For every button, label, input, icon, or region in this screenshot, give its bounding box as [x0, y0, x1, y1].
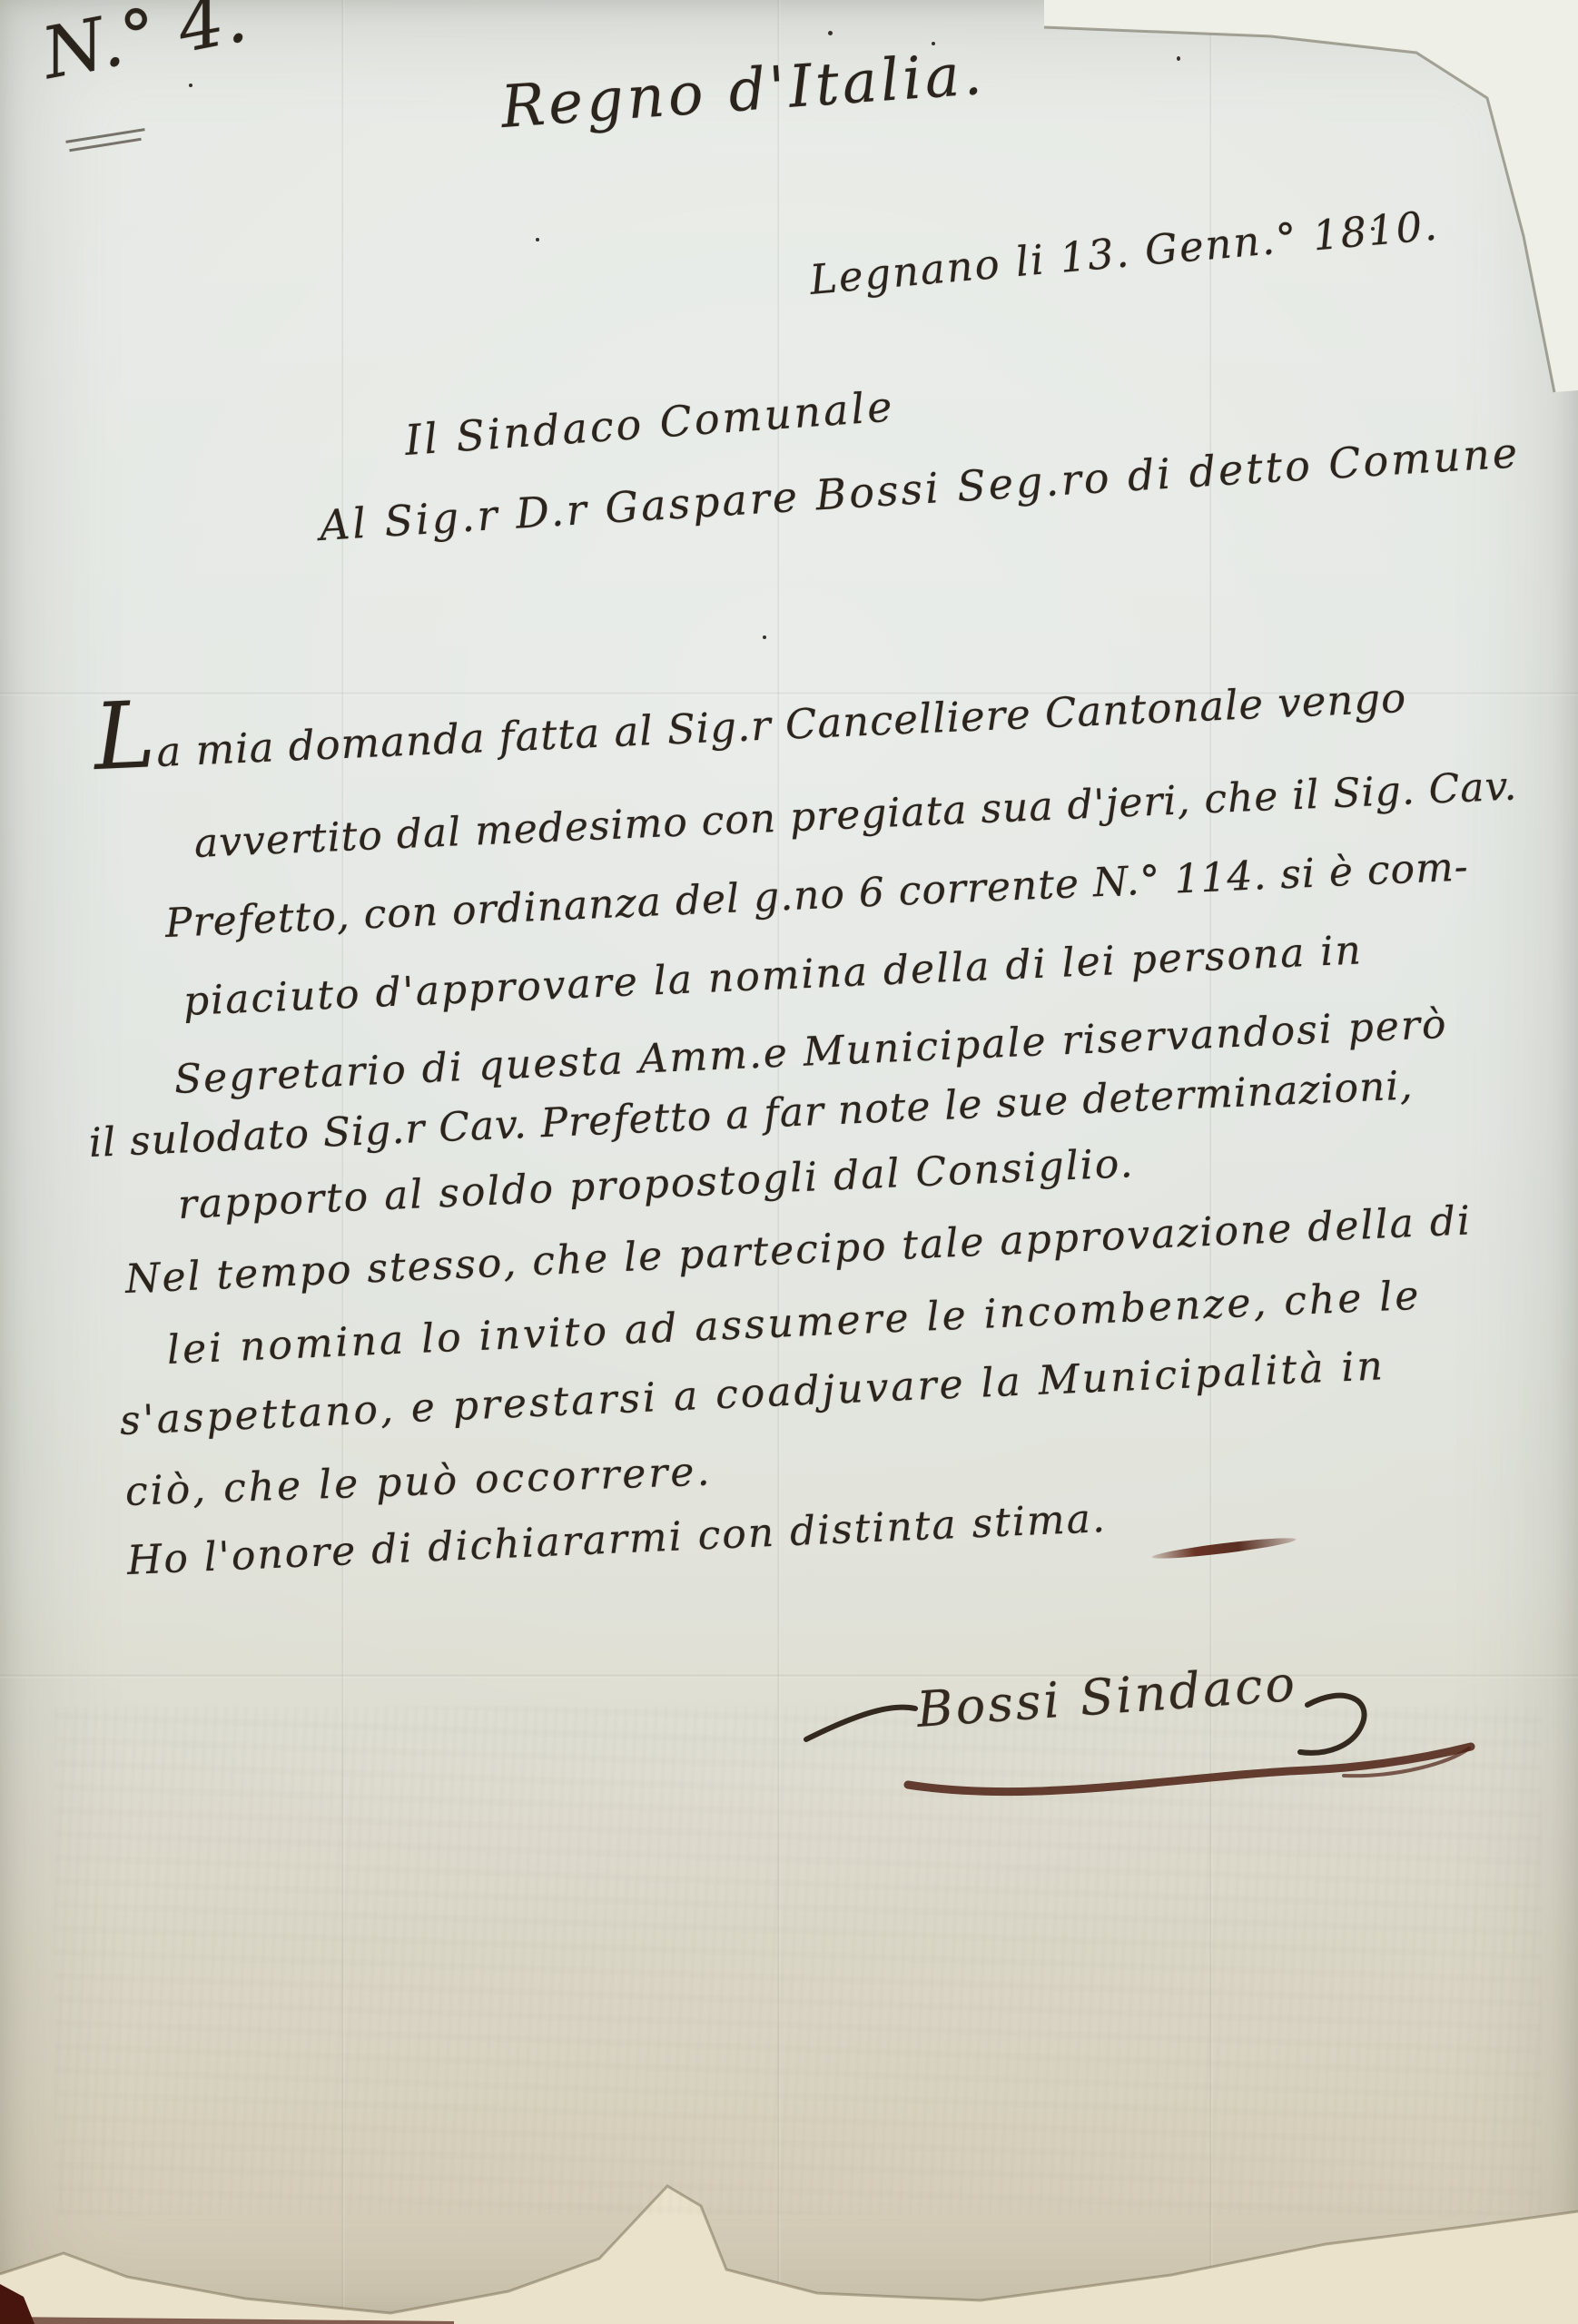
ink-speck	[189, 84, 192, 87]
document-photo: N.° 4. Regno d'Italia. Legnano li 13. Ge…	[0, 0, 1578, 2324]
signature-flourish	[799, 1669, 1489, 1823]
ink-speck	[828, 31, 833, 35]
ink-speck	[1177, 56, 1180, 61]
top-right-fold	[1044, 0, 1578, 392]
ink-speck	[763, 635, 766, 639]
ink-speck	[536, 238, 539, 241]
